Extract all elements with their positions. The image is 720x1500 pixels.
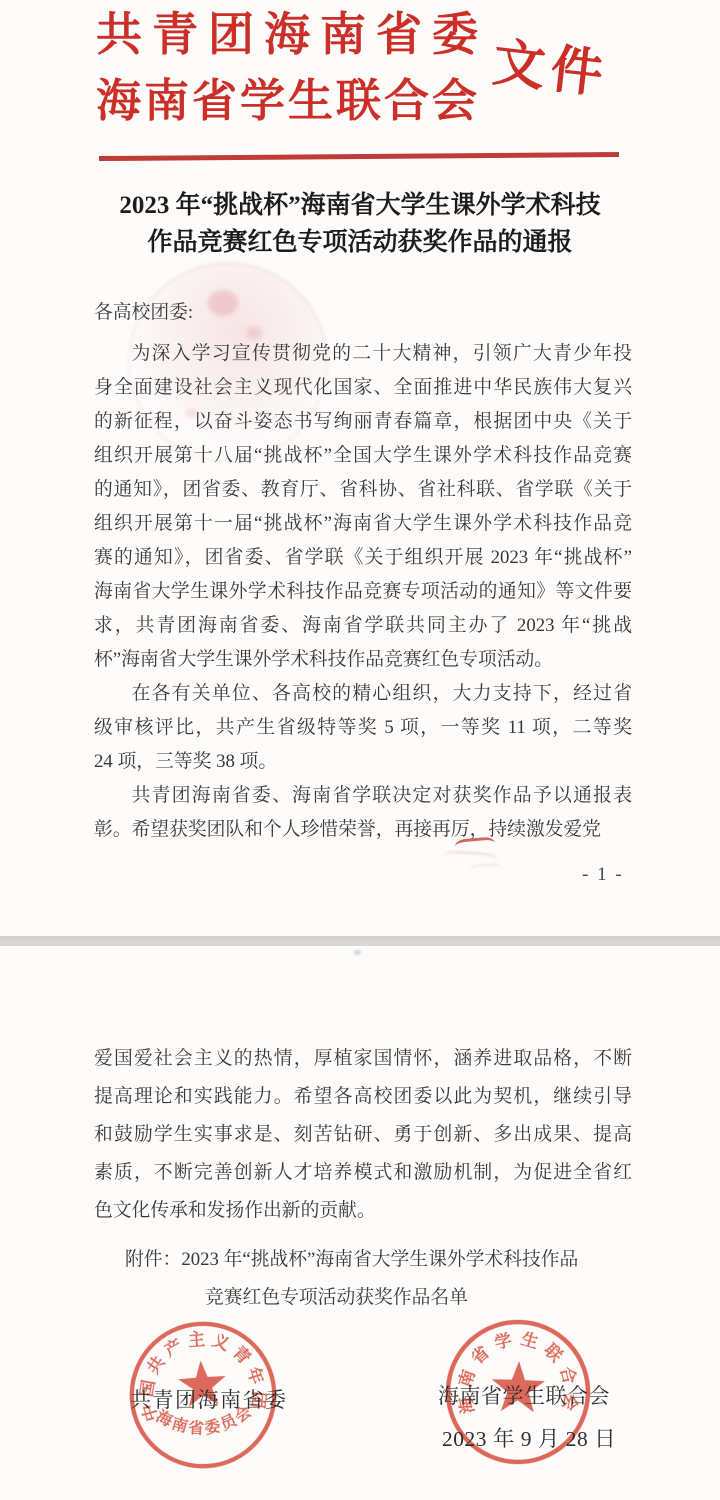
text-line: 的新征程，以奋斗姿态书写绚丽青春篇章，根据团中央《关于 [94,405,632,439]
text-line: 求，共青团海南省委、海南省学联共同主办了 2023 年“挑战 [94,609,632,643]
attachment-line2: 竞赛红色专项活动获奖作品名单 [205,1279,578,1317]
paragraph-2: 在各有关单位、各高校的精心组织，大力支持下，经过省级审核评比，共产生省级特等奖 … [94,677,632,779]
text-line: 24 项，三等奖 38 项。 [94,745,632,779]
attachment-line1: 附件：2023 年“挑战杯”海南省大学生课外学术科技作品 [125,1241,578,1279]
text-line: 杯”海南省大学生课外学术科技作品竞赛红色专项活动。 [94,643,632,677]
text-line: 和鼓励学生实事求是、刻苦钻研、勇于创新、多出成果、提高 [94,1116,632,1154]
text-line: 色文化传承和发扬作出新的贡献。 [94,1192,632,1230]
text-line: 彰。希望获奖团队和个人珍惜荣誉，再接再厉，持续激发爱党 [94,813,632,847]
text-line: 在各有关单位、各高校的精心组织，大力支持下，经过省 [94,677,632,711]
salutation: 各高校团委: [94,296,632,330]
scan-artifact-dot [354,950,361,955]
page-number: - 1 - [582,864,624,886]
paragraph-continued: 爱国爱社会主义的热情，厚植家国情怀，涵养进取品格，不断提高理论和实践能力。希望各… [94,1040,632,1230]
text-line: 的通知》，团省委、教育厅、省科协、省社科联、省学联《关于 [94,473,632,507]
text-line: 爱国爱社会主义的热情，厚植家国情怀，涵养进取品格，不断 [94,1040,632,1078]
text-line: 身全面建设社会主义现代化国家、全面推进中华民族伟大复兴 [94,371,632,405]
signature-org-left: 共青团海南省委 [130,1384,288,1414]
document-title-line2: 作品竞赛红色专项活动获奖作品的通报 [0,225,720,262]
scanned-official-document: 共青团海南省委 海南省学生联合会 文件 2023 年“挑战杯”海南省大学生课外学… [0,0,720,1500]
text-line: 组织开展第十八届“挑战杯”全国大学生课外学术科技作品竞赛 [94,439,632,473]
letterhead-org-line2: 海南省学生联合会 [96,68,488,134]
document-title-line1: 2023 年“挑战杯”海南省大学生课外学术科技 [0,188,720,225]
page-divider [0,936,720,946]
text-line: 赛的通知》，团省委、省学联《关于组织开展 2023 年“挑战杯” [94,541,632,575]
attachment-note: 附件：2023 年“挑战杯”海南省大学生课外学术科技作品 竞赛红色专项活动获奖作… [125,1241,578,1317]
text-line: 组织开展第十一届“挑战杯”海南省大学生课外学术科技作品竞 [94,507,632,541]
letterhead-doc-type-label: 文件 [490,20,614,108]
document-title: 2023 年“挑战杯”海南省大学生课外学术科技 作品竞赛红色专项活动获奖作品的通… [0,188,720,261]
paragraph-1: 为深入学习宣传贯彻党的二十大精神，引领广大青少年投身全面建设社会主义现代化国家、… [94,337,632,677]
text-line: 级审核评比，共产生省级特等奖 5 项，一等奖 11 项，二等奖 [94,711,632,745]
letterhead-org-names: 共青团海南省委 海南省学生联合会 [96,2,488,134]
text-line: 提高理论和实践能力。希望各高校团委以此为契机，继续引导 [94,1078,632,1116]
text-line: 海南省大学生课外学术科技作品竞赛专项活动的通知》等文件要 [94,575,632,609]
page1-body: 各高校团委: 为深入学习宣传贯彻党的二十大精神，引领广大青少年投身全面建设社会主… [94,296,632,847]
text-line: 素质，不断完善创新人才培养模式和激励机制，为促进全省红 [94,1154,632,1192]
text-line: 共青团海南省委、海南省学联决定对获奖作品予以通报表 [94,779,632,813]
letterhead-org-line1: 共青团海南省委 [96,2,488,68]
signature-org-right: 海南省学生联合会 [438,1380,610,1410]
page2-body: 爱国爱社会主义的热情，厚植家国情怀，涵养进取品格，不断提高理论和实践能力。希望各… [94,1040,632,1230]
paragraph-3: 共青团海南省委、海南省学联决定对获奖作品予以通报表彰。希望获奖团队和个人珍惜荣誉… [94,779,632,847]
text-line: 为深入学习宣传贯彻党的二十大精神，引领广大青少年投 [94,337,632,371]
signature-date: 2023 年 9 月 28 日 [442,1422,616,1453]
